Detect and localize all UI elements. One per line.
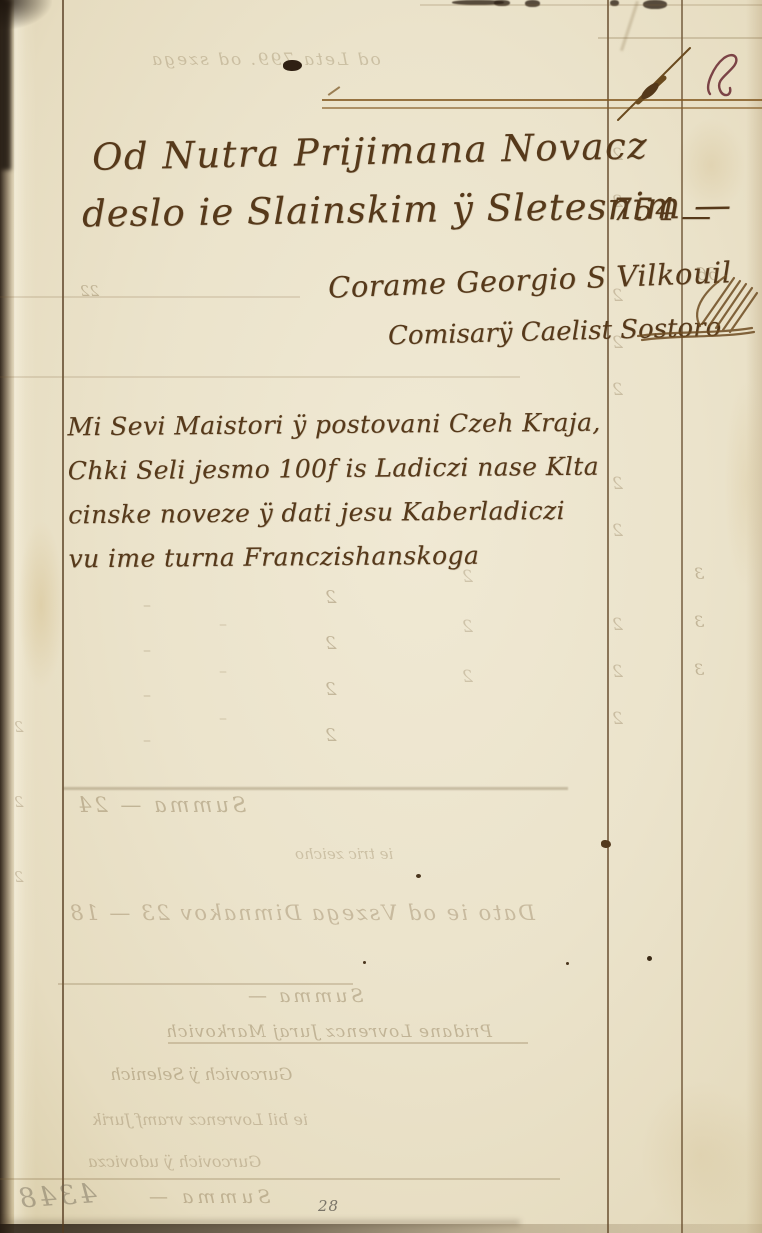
- faint-rule: [420, 4, 762, 6]
- paper-stain: [18, 520, 64, 690]
- bleedthrough-text: ie bil Lovrencz vramf Jurik: [92, 1110, 308, 1130]
- body-line-2: Chki Seli jesmo 100f is Ladiczi nase Klt…: [68, 445, 602, 494]
- manuscript-scan-page: od Leta 799. od szega Summa — 24 ie tric…: [0, 0, 762, 1233]
- bleedthrough-text: Gurcovich ÿ udovicza: [88, 1152, 261, 1172]
- header-rule-tick: [328, 86, 341, 96]
- bottom-edge-shadow: [0, 1224, 762, 1233]
- folio-number-pencil: 28: [318, 1197, 339, 1215]
- ledger-amount: 754: [612, 192, 677, 228]
- paper-stain: [724, 380, 762, 590]
- bleedthrough-text: Summa — 24: [75, 792, 246, 818]
- bleedthrough-marks: 22: [80, 282, 99, 301]
- bleedthrough-text: Gurcovich ÿ Selenich: [110, 1065, 292, 1086]
- bleedthrough-text: Dato ie od Vszega Dimnakov 23 — 18: [68, 900, 535, 926]
- bleedthrough-text: od Leta 799. od szega: [150, 50, 381, 71]
- body-line-3: cinske noveze ÿ dati jesu Kaberladiczi: [68, 489, 602, 538]
- body-line-1: Mi Sevi Maistori ÿ postovani Czeh Kraja,: [67, 401, 601, 450]
- bleedthrough-marks: 2 2 2: [14, 690, 24, 915]
- ink-speck: [601, 840, 611, 848]
- faint-rule: [63, 787, 568, 790]
- faint-rule: [0, 296, 300, 298]
- right-edge-shade: [746, 0, 762, 1233]
- pen-stroke-mark: [612, 42, 698, 124]
- bleedthrough-text: Pridane Lovrencz Juraj Markovich: [165, 1022, 492, 1043]
- bleedthrough-number: 4348: [15, 1177, 98, 1216]
- attestation-line-2-text: Comisarÿ Caelist: [388, 315, 621, 351]
- ink-speck: [566, 962, 569, 965]
- bleedthrough-marks: – – – –: [133, 582, 151, 762]
- body-line-4: vu ime turna Franczishanskoga: [68, 533, 602, 582]
- ink-speck: [647, 956, 652, 961]
- bleedthrough-marks: 2 2 2 2: [325, 575, 336, 759]
- bleedthrough-text: Summa —: [245, 985, 364, 1009]
- paper-stain: [640, 1080, 760, 1230]
- ledger-amount-dash: —: [681, 199, 711, 234]
- binding-edge: [0, 0, 15, 1233]
- ink-speck: [416, 874, 421, 878]
- faint-rule: [0, 376, 520, 378]
- bleedthrough-text: ie tric zeicho: [295, 845, 393, 864]
- ink-flourish-scribble: [630, 268, 760, 352]
- bleedthrough-text: Summa —: [145, 1186, 271, 1210]
- body-paragraph: Mi Sevi Maistori ÿ postovani Czeh Kraja,…: [67, 401, 602, 582]
- ink-speck: [363, 961, 366, 964]
- heading-line-1: Od Nutra Prijimana Novacz: [92, 124, 649, 179]
- faint-rule: [598, 37, 762, 39]
- archivist-initial-mark: [704, 50, 746, 106]
- column-rule-left: [62, 0, 64, 1233]
- corner-shadow-top-left: [0, 0, 52, 30]
- bleedthrough-marks: – – –: [205, 600, 227, 741]
- bleedthrough-marks: 3 3 3: [694, 550, 704, 694]
